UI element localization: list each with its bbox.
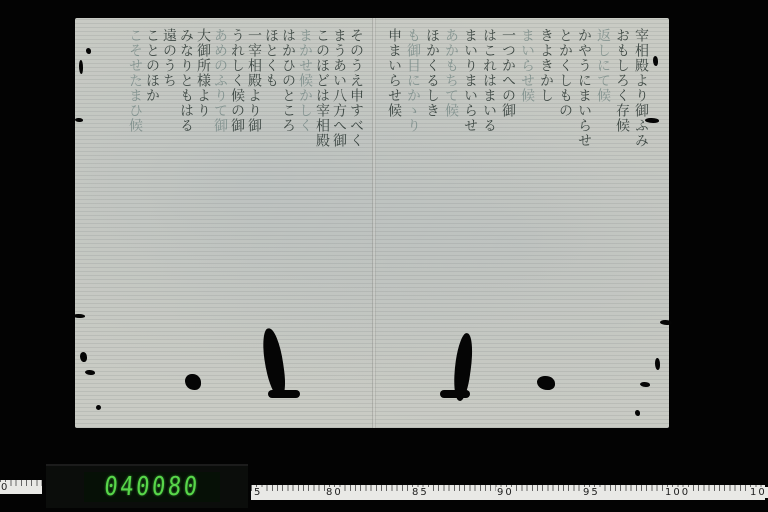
text-column: はこれはまいる (480, 28, 498, 408)
text-column: 申まいらせ候 (385, 28, 403, 408)
document-paper: 宰相殿より御ふみ おもしろく存候 返しにて候 かやうにまいらせ とかくしもの き… (75, 18, 669, 428)
counter-value: 040080 (103, 472, 201, 502)
paper-damage (645, 118, 659, 123)
measuring-ruler: 5 80 85 90 95 100 10 (251, 485, 765, 500)
text-column: そのうえ申すべく (347, 28, 365, 408)
paper-damage (96, 405, 101, 410)
text-column: とかくしもの (556, 28, 574, 408)
paper-damage (85, 370, 95, 375)
text-column: ことのほか (143, 28, 161, 408)
text-column: 返しにて候 (594, 28, 612, 408)
frame-counter: 040080 (46, 464, 248, 508)
text-column: 宰相殿より御ふみ (632, 28, 650, 408)
left-page: そのうえ申すべく まうあい八方へ御 このほどは宰相殿 まかせ候かしく はかひのと… (115, 28, 365, 418)
paper-damage (80, 352, 87, 362)
ruler-tick-label: 10 (749, 487, 768, 498)
text-column: 遠のうち (160, 28, 178, 408)
text-column: きよきかし (537, 28, 555, 408)
paper-damage (635, 410, 640, 416)
paper-damage (537, 376, 555, 390)
counter-display: 040080 (84, 472, 220, 502)
ruler-tick-label: 90 (496, 487, 515, 498)
text-column: こそせたまひ候 (126, 28, 144, 408)
paper-damage (640, 382, 650, 387)
measuring-ruler-left: 0 (0, 480, 42, 494)
paper-damage (440, 390, 470, 398)
text-column: まかせ候かしく (296, 28, 314, 408)
paper-damage (86, 48, 91, 54)
ruler-tick-label: 5 (253, 487, 263, 498)
text-column: まうあい八方へ御 (330, 28, 348, 408)
ruler-tick-label: 85 (411, 487, 430, 498)
paper-damage (73, 314, 85, 318)
text-column: かやうにまいらせ (575, 28, 593, 408)
paper-damage (185, 374, 201, 390)
text-column: はかひのところ (279, 28, 297, 408)
paper-damage (653, 56, 658, 66)
paper-damage (79, 60, 83, 74)
paper-damage (75, 118, 83, 122)
text-column: うれしく候の御 (228, 28, 246, 408)
ruler-tick-label: 0 (0, 482, 10, 493)
paper-damage (268, 390, 300, 398)
text-column: このほどは宰相殿 (313, 28, 331, 408)
text-column: ほかくるしき (423, 28, 441, 408)
ruler-tick-label: 80 (325, 487, 344, 498)
text-column: みなりともはる (177, 28, 195, 408)
right-page: 宰相殿より御ふみ おもしろく存候 返しにて候 かやうにまいらせ とかくしもの き… (380, 28, 650, 418)
ruler-tick-label: 100 (664, 487, 691, 498)
text-column: あめのふりて御 (211, 28, 229, 408)
paper-damage (655, 358, 660, 370)
text-column: 一宰相殿より御 (245, 28, 263, 408)
text-column: 大御所様より (194, 28, 212, 408)
text-column: おもしろく存候 (613, 28, 631, 408)
text-column: 一つかへの御 (499, 28, 517, 408)
paper-damage (660, 320, 672, 325)
text-column: まいらせ候 (518, 28, 536, 408)
text-column: も御目にかゝり (404, 28, 422, 408)
page-fold (372, 18, 376, 428)
ruler-tick-label: 95 (582, 487, 601, 498)
